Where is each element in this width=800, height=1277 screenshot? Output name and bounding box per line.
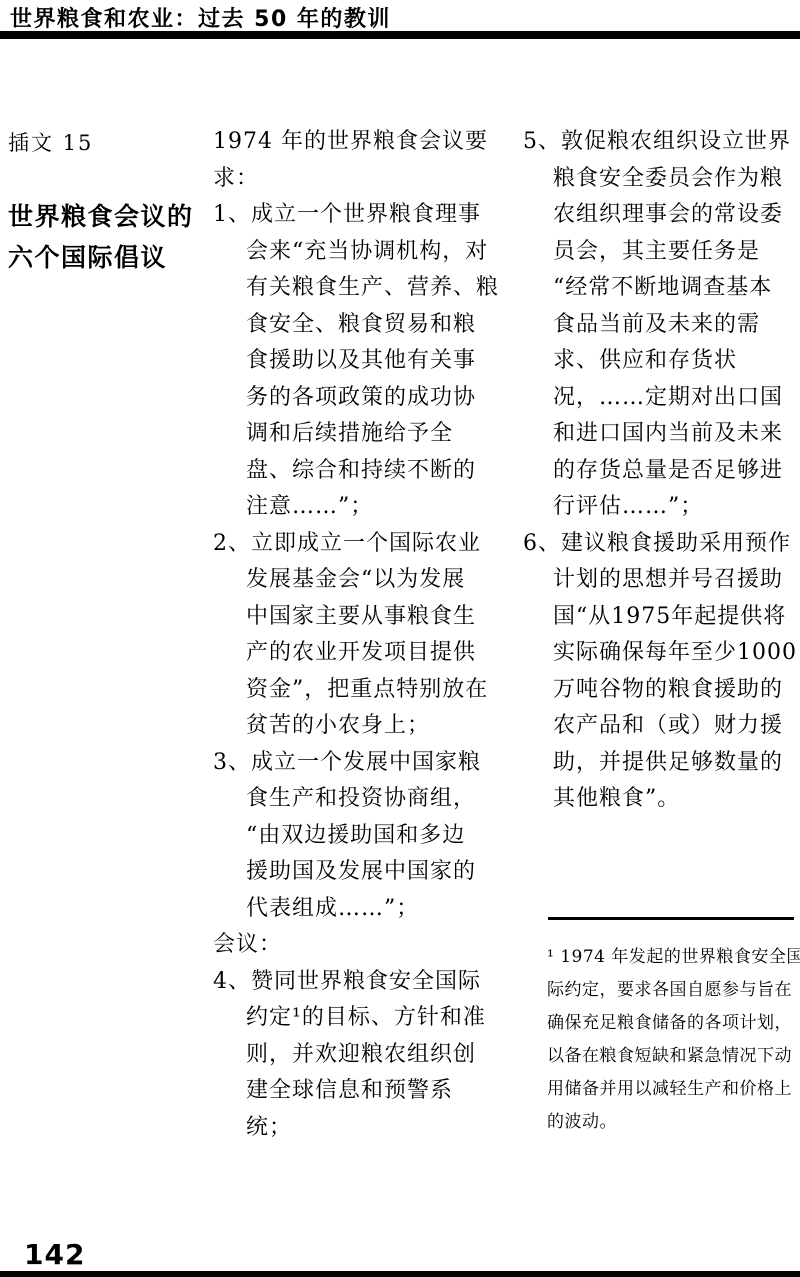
footnote-line: ¹ 1974 年发起的世界粮食安全国 [547, 941, 799, 974]
text-line: 农组织理事会的常设委 [523, 197, 800, 234]
text-line: 员会，其主要任务是 [523, 234, 800, 271]
footnote-line: 际约定，要求各国自愿参与旨在 [547, 974, 799, 1007]
box-title: 世界粮食会议的 六个国际倡议 [8, 196, 194, 278]
document-page: 世界粮食和农业：过去 50 年的教训 插文 15 世界粮食会议的 六个国际倡议 … [0, 0, 800, 1277]
text-line: 1、成立一个世界粮食理事 [213, 197, 498, 234]
text-line: 其他粮食”。 [523, 781, 800, 818]
text-line: “经常不断地调查基本 [523, 270, 800, 307]
text-line: 农产品和（或）财力援 [523, 708, 800, 745]
text-line: 约定¹的目标、方针和准 [213, 1000, 498, 1037]
text-line: 调和后续措施给予全 [213, 416, 498, 453]
text-line: 和进口国内当前及未来 [523, 416, 800, 453]
text-line: 3、成立一个发展中国家粮 [213, 745, 498, 782]
header-rule [0, 31, 800, 39]
right-column: 5、敦促粮农组织设立世界 粮食安全委员会作为粮 农组织理事会的常设委 员会，其主… [523, 124, 800, 818]
text-line: 国“从1975年起提供将 [523, 599, 800, 636]
text-line: 求、供应和存货状 [523, 343, 800, 380]
text-line: 计划的思想并号召援助 [523, 562, 800, 599]
text-line: 粮食安全委员会作为粮 [523, 161, 800, 198]
text-line: 6、建议粮食援助采用预作 [523, 526, 800, 563]
text-line: 2、立即成立一个国际农业 [213, 526, 498, 563]
box-title-line-1: 世界粮食会议的 [8, 196, 194, 237]
text-line: 会议： [213, 927, 498, 964]
text-line: 援助国及发展中国家的 [213, 854, 498, 891]
bottom-rule [0, 1271, 800, 1277]
text-line: 万吨谷物的粮食援助的 [523, 672, 800, 709]
text-line: 5、敦促粮农组织设立世界 [523, 124, 800, 161]
middle-column: 1974 年的世界粮食会议要 求： 1、成立一个世界粮食理事 会来“充当协调机构… [213, 124, 498, 1146]
text-line: 建全球信息和预警系 [213, 1073, 498, 1110]
text-line: 会来“充当协调机构，对 [213, 234, 498, 271]
text-line: 食援助以及其他有关事 [213, 343, 498, 380]
text-line: 4、赞同世界粮食安全国际 [213, 964, 498, 1001]
page-number: 142 [24, 1238, 85, 1271]
text-line: 助，并提供足够数量的 [523, 745, 800, 782]
text-line: 食品当前及未来的需 [523, 307, 800, 344]
text-line: 注意……”； [213, 489, 498, 526]
text-line: 贫苦的小农身上； [213, 708, 498, 745]
text-line: 资金”，把重点特别放在 [213, 672, 498, 709]
box-number-label: 插文 15 [8, 127, 93, 157]
chapter-title: 世界粮食和农业：过去 50 年的教训 [10, 2, 391, 33]
text-line: 食生产和投资协商组， [213, 781, 498, 818]
text-line: 1974 年的世界粮食会议要 [213, 124, 498, 161]
box-title-line-2: 六个国际倡议 [8, 237, 194, 278]
text-line: 有关粮食生产、营养、粮 [213, 270, 498, 307]
text-line: 中国家主要从事粮食生 [213, 599, 498, 636]
footnote-line: 的波动。 [547, 1106, 799, 1139]
text-line: “由双边援助国和多边 [213, 818, 498, 855]
footnote-separator [548, 917, 794, 920]
text-line: 求： [213, 161, 498, 198]
text-line: 况，……定期对出口国 [523, 380, 800, 417]
footnote-line: 用储备并用以减轻生产和价格上 [547, 1073, 799, 1106]
text-line: 发展基金会“以为发展 [213, 562, 498, 599]
footnote-line: 以备在粮食短缺和紧急情况下动 [547, 1040, 799, 1073]
text-line: 食安全、粮食贸易和粮 [213, 307, 498, 344]
text-line: 产的农业开发项目提供 [213, 635, 498, 672]
footnote: ¹ 1974 年发起的世界粮食安全国 际约定，要求各国自愿参与旨在 确保充足粮食… [547, 941, 799, 1139]
text-line: 代表组成……”； [213, 891, 498, 928]
text-line: 则，并欢迎粮农组织创 [213, 1037, 498, 1074]
footnote-line: 确保充足粮食储备的各项计划， [547, 1007, 799, 1040]
text-line: 务的各项政策的成功协 [213, 380, 498, 417]
text-line: 的存货总量是否足够进 [523, 453, 800, 490]
text-line: 实际确保每年至少1000 [523, 635, 800, 672]
text-line: 行评估……”； [523, 489, 800, 526]
text-line: 盘、综合和持续不断的 [213, 453, 498, 490]
text-line: 统； [213, 1110, 498, 1147]
